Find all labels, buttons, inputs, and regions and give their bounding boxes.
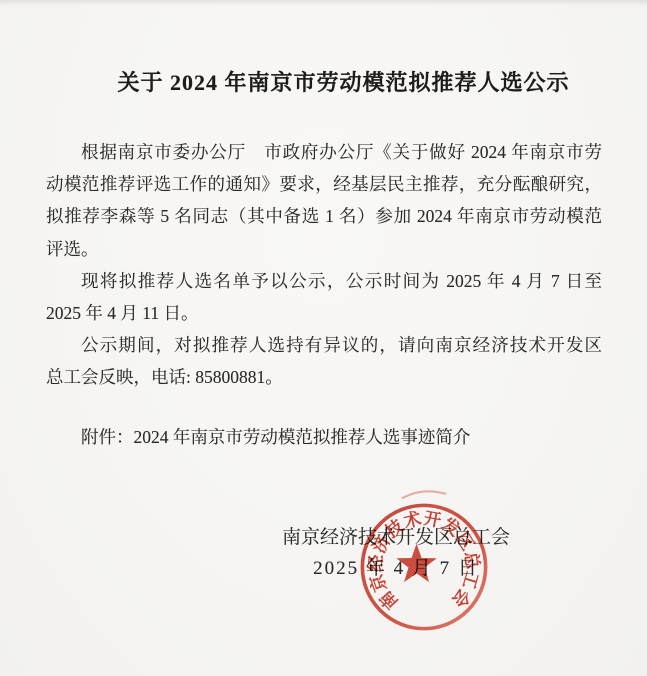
body-line: 现将拟推荐人选名单予以公示，公示时间为 2025 年 4 月 7 日至 — [46, 265, 602, 297]
body-line: 根据南京市委办公厅 市政府办公厅《关于做好 2024 年南京市劳 — [46, 136, 602, 168]
document-title: 关于 2024 年南京市劳动模范拟推荐人选公示 — [40, 66, 647, 97]
signature-date: 2025 年 4 月 7 日 — [246, 553, 546, 584]
document-body: 根据南京市委办公厅 市政府办公厅《关于做好 2024 年南京市劳 动模范推荐评选… — [46, 136, 602, 394]
seal-smudge-mark — [403, 491, 446, 498]
body-line: 动模范推荐评选工作的通知》要求，经基层民主推荐，充分酝酿研究， — [46, 168, 602, 200]
body-line: 2025 年 4 月 11 日。 — [46, 297, 602, 329]
body-line: 总工会反映，电话: 85800881。 — [46, 361, 602, 393]
body-line: 评选。 — [46, 233, 602, 265]
body-line: 拟推荐李森等 5 名同志（其中备选 1 名）参加 2024 年南京市劳动模范 — [46, 200, 602, 232]
signature-block: 南京经济技术开发区总工会 2025 年 4 月 7 日 — [246, 522, 546, 584]
attachment-line: 附件：2024 年南京市劳动模范拟推荐人选事迹简介 — [46, 421, 602, 453]
body-line: 公示期间，对拟推荐人选持有异议的，请向南京经济技术开发区 — [46, 329, 602, 361]
signature-org: 南京经济技术开发区总工会 — [246, 522, 546, 553]
document-page: 关于 2024 年南京市劳动模范拟推荐人选公示 根据南京市委办公厅 市政府办公厅… — [0, 0, 647, 676]
